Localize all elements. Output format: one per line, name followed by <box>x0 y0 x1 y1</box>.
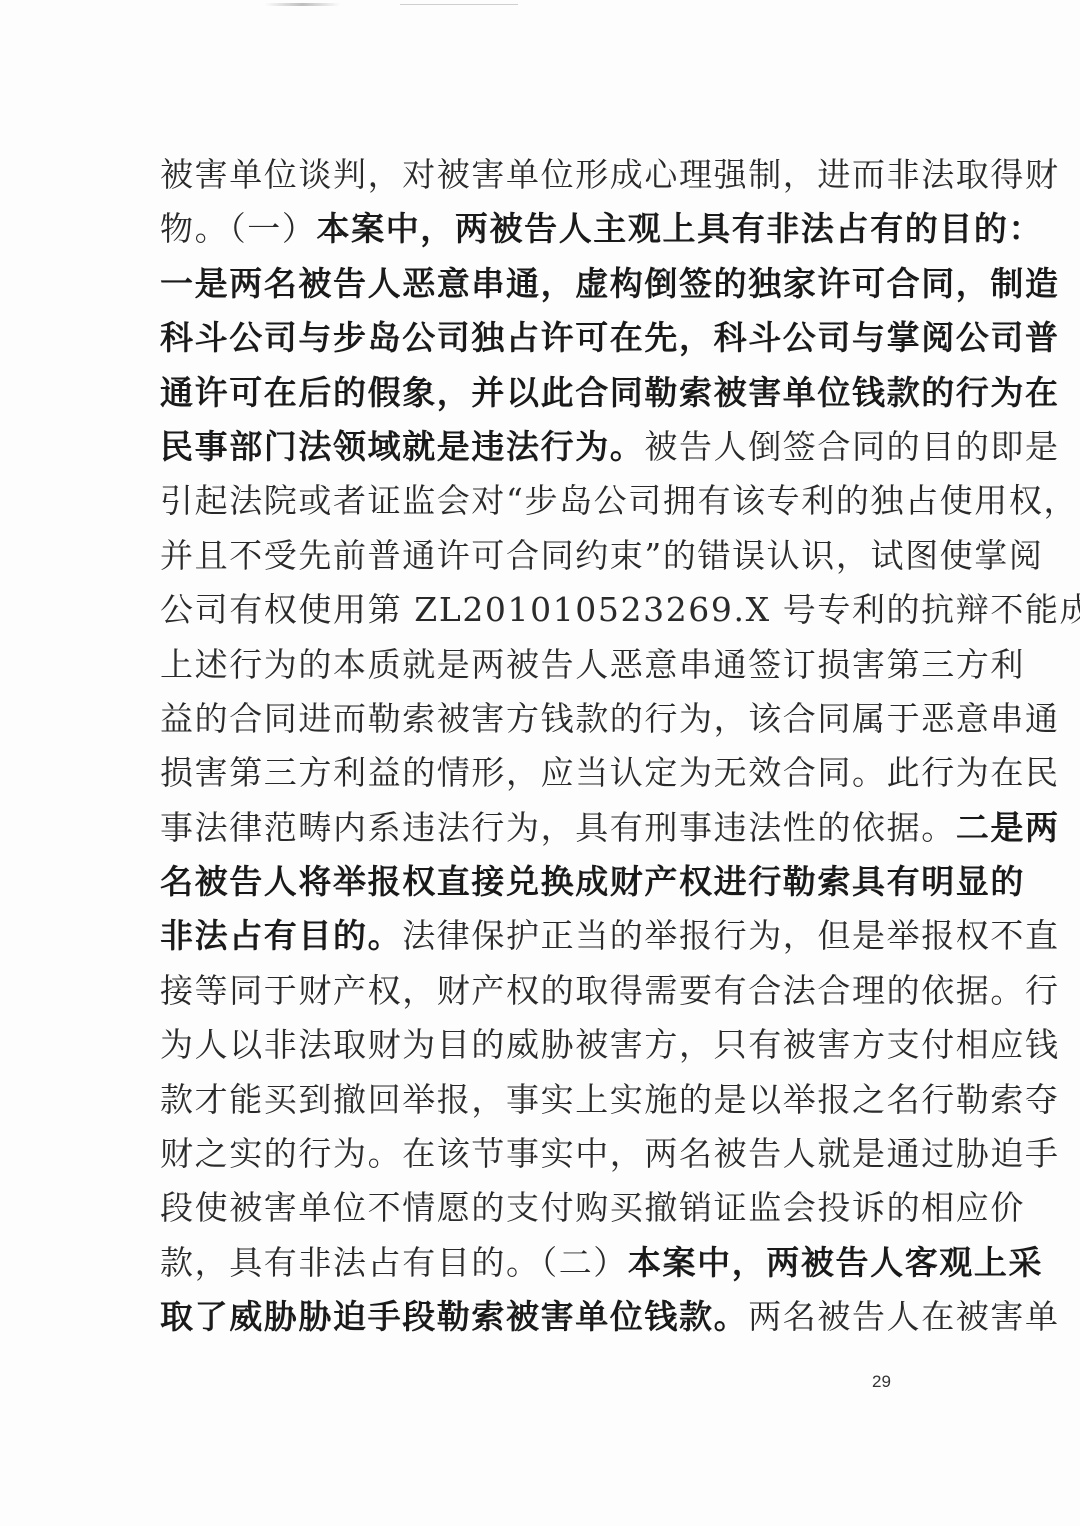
text-line: 事法律范畴内系违法行为，具有刑事违法性的依据。二是两 <box>160 801 920 855</box>
bold-text-run: 科斗公司与步岛公司独占许可在先，科斗公司与掌阅公司普 <box>160 318 1060 357</box>
bold-text-run: 民事部门法领域就是违法行为。 <box>160 427 644 466</box>
text-line: 一是两名被告人恶意串通，虚构倒签的独家许可合同，制造 <box>160 257 920 311</box>
text-line: 公司有权使用第 ZL201010523269.X 号专利的抗辩不能成立。 <box>160 583 920 637</box>
text-line: 引起法院或者证监会对“步岛公司拥有该专利的独占使用权， <box>160 474 920 528</box>
text-line: 款才能买到撤回举报，事实上实施的是以举报之名行勒索夺 <box>160 1073 920 1127</box>
text-line: 接等同于财产权，财产权的取得需要有合法合理的依据。行 <box>160 964 920 1018</box>
text-line: 款，具有非法占有目的。（二）本案中，两被告人客观上采 <box>160 1236 920 1290</box>
text-line: 通许可在后的假象，并以此合同勒索被害单位钱款的行为在 <box>160 366 920 420</box>
text-line: 上述行为的本质就是两被告人恶意串通签订损害第三方利 <box>160 638 920 692</box>
text-run: 引起法院或者证监会对“步岛公司拥有该专利的独占使用权， <box>160 481 1078 520</box>
bold-text-run: 二是两 <box>956 808 1060 847</box>
text-line: 取了威胁胁迫手段勒索被害单位钱款。两名被告人在被害单 <box>160 1290 920 1344</box>
text-run: 财之实的行为。在该节事实中，两名被告人就是通过胁迫手 <box>160 1134 1060 1173</box>
document-body: 被害单位谈判，对被害单位形成心理强制，进而非法取得财 物。（一）本案中，两被告人… <box>160 148 920 1345</box>
text-run: 款，具有非法占有目的。（二） <box>160 1243 628 1282</box>
text-line: 段使被害单位不情愿的支付购买撤销证监会投诉的相应价 <box>160 1181 920 1235</box>
text-run: 被害单位谈判，对被害单位形成心理强制，进而非法取得财 <box>160 155 1060 194</box>
bold-text-run: 取了威胁胁迫手段勒索被害单位钱款。 <box>160 1297 748 1336</box>
text-line: 被害单位谈判，对被害单位形成心理强制，进而非法取得财 <box>160 148 920 202</box>
page-number: 29 <box>872 1372 891 1392</box>
text-run: 损害第三方利益的情形，应当认定为无效合同。此行为在民 <box>160 753 1060 792</box>
text-line: 为人以非法取财为目的威胁被害方，只有被害方支付相应钱 <box>160 1018 920 1072</box>
text-run: 事法律范畴内系违法行为，具有刑事违法性的依据。 <box>160 808 956 847</box>
bold-text-run: 本案中，两被告人主观上具有非法占有的目的： <box>317 209 1044 248</box>
text-line: 损害第三方利益的情形，应当认定为无效合同。此行为在民 <box>160 746 920 800</box>
bold-text-run: 本案中，两被告人客观上采 <box>628 1243 1043 1282</box>
text-line: 非法占有目的。法律保护正当的举报行为，但是举报权不直 <box>160 909 920 963</box>
scan-artifact <box>265 3 340 6</box>
text-run: 接等同于财产权，财产权的取得需要有合法合理的依据。行 <box>160 971 1060 1010</box>
text-line: 财之实的行为。在该节事实中，两名被告人就是通过胁迫手 <box>160 1127 920 1181</box>
text-run: 法律保护正当的举报行为，但是举报权不直 <box>402 916 1059 955</box>
text-run: 益的合同进而勒索被害方钱款的行为，该合同属于恶意串通 <box>160 699 1060 738</box>
bold-text-run: 非法占有目的。 <box>160 916 402 955</box>
scan-artifact <box>400 4 518 5</box>
text-line: 益的合同进而勒索被害方钱款的行为，该合同属于恶意串通 <box>160 692 920 746</box>
text-run: 被告人倒签合同的目的即是 <box>644 427 1059 466</box>
text-run: 并且不受先前普通许可合同约束”的错误认识，试图使掌阅 <box>160 536 1043 575</box>
text-run: 公司有权使用第 ZL201010523269.X 号专利的抗辩不能成立。 <box>160 590 1080 629</box>
text-run: 两名被告人在被害单 <box>748 1297 1059 1336</box>
text-line: 物。（一）本案中，两被告人主观上具有非法占有的目的： <box>160 202 920 256</box>
text-run: 款才能买到撤回举报，事实上实施的是以举报之名行勒索夺 <box>160 1080 1060 1119</box>
text-line: 民事部门法领域就是违法行为。被告人倒签合同的目的即是 <box>160 420 920 474</box>
text-line: 科斗公司与步岛公司独占许可在先，科斗公司与掌阅公司普 <box>160 311 920 365</box>
text-run: 上述行为的本质就是两被告人恶意串通签订损害第三方利 <box>160 645 1025 684</box>
bold-text-run: 名被告人将举报权直接兑换成财产权进行勒索具有明显的 <box>160 862 1025 901</box>
text-run: 物。（一） <box>160 209 317 248</box>
text-line: 并且不受先前普通许可合同约束”的错误认识，试图使掌阅 <box>160 529 920 583</box>
text-run: 为人以非法取财为目的威胁被害方，只有被害方支付相应钱 <box>160 1025 1060 1064</box>
text-line: 名被告人将举报权直接兑换成财产权进行勒索具有明显的 <box>160 855 920 909</box>
bold-text-run: 一是两名被告人恶意串通，虚构倒签的独家许可合同，制造 <box>160 264 1060 303</box>
bold-text-run: 通许可在后的假象，并以此合同勒索被害单位钱款的行为在 <box>160 373 1060 412</box>
text-run: 段使被害单位不情愿的支付购买撤销证监会投诉的相应价 <box>160 1188 1025 1227</box>
